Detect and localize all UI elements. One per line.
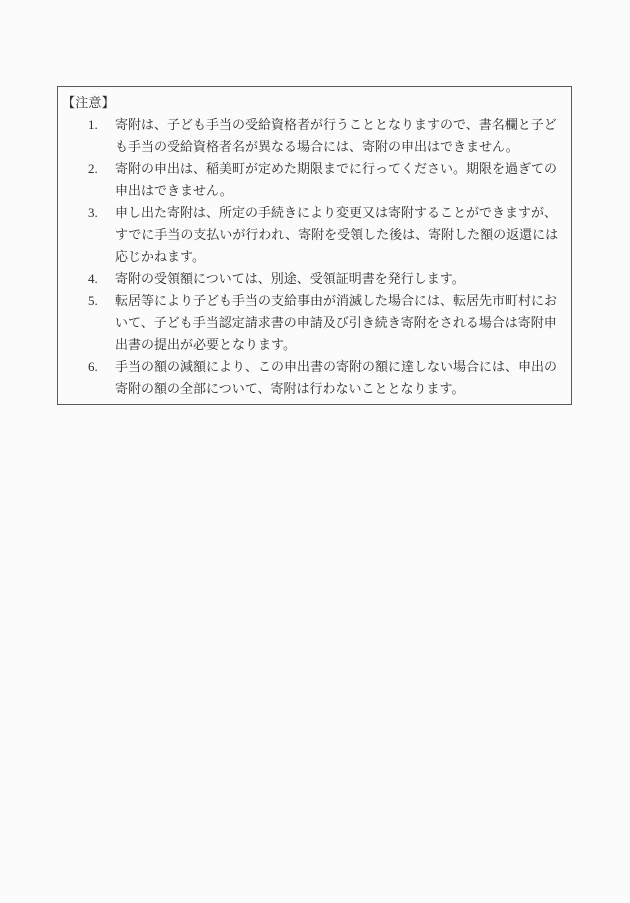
- item-text: 寄附の申出は、稲美町が定めた期限までに行ってください。期限を過ぎての申出はできま…: [115, 158, 571, 202]
- notice-item: 6. 手当の額の減額により、この申出書の寄附の額に達しない場合には、申出の寄附の…: [58, 356, 571, 400]
- notice-item: 1. 寄附は、子ども手当の受給資格者が行うこととなりますので、書名欄と子ども手当…: [58, 114, 571, 158]
- page: 【注意】 1. 寄附は、子ども手当の受給資格者が行うこととなりますので、書名欄と…: [0, 0, 630, 903]
- item-text-line: 転居等により子ども手当の支給事由が消滅した場合には、転居先市町村にお: [115, 290, 571, 312]
- item-text-line: いて、子ども手当認定請求書の申請及び引き続き寄附をされる場合は寄附申: [115, 312, 571, 334]
- item-text-line: 寄附の受領額については、別途、受領証明書を発行します。: [115, 268, 571, 290]
- notice-list: 1. 寄附は、子ども手当の受給資格者が行うこととなりますので、書名欄と子ども手当…: [58, 114, 571, 400]
- item-text-line: も手当の受給資格者名が異なる場合には、寄附の申出はできません。: [115, 136, 571, 158]
- item-text: 寄附の受領額については、別途、受領証明書を発行します。: [115, 268, 571, 290]
- item-text-line: 寄附の額の全部について、寄附は行わないこととなります。: [115, 378, 571, 400]
- notice-item: 4. 寄附の受領額については、別途、受領証明書を発行します。: [58, 268, 571, 290]
- item-text-line: 申し出た寄附は、所定の手続きにより変更又は寄附することができますが、: [115, 202, 571, 224]
- notice-box: 【注意】 1. 寄附は、子ども手当の受給資格者が行うこととなりますので、書名欄と…: [57, 86, 572, 405]
- item-number: 1.: [58, 114, 115, 136]
- item-text: 転居等により子ども手当の支給事由が消滅した場合には、転居先市町村において、子ども…: [115, 290, 571, 356]
- item-number: 5.: [58, 290, 115, 312]
- item-text-line: 寄附は、子ども手当の受給資格者が行うこととなりますので、書名欄と子ど: [115, 114, 571, 136]
- item-text-line: 出書の提出が必要となります。: [115, 334, 571, 356]
- item-number: 3.: [58, 202, 115, 224]
- notice-title: 【注意】: [58, 92, 571, 114]
- item-number: 4.: [58, 268, 115, 290]
- item-number: 2.: [58, 158, 115, 180]
- notice-item: 3. 申し出た寄附は、所定の手続きにより変更又は寄附することができますが、すでに…: [58, 202, 571, 268]
- item-text: 寄附は、子ども手当の受給資格者が行うこととなりますので、書名欄と子ども手当の受給…: [115, 114, 571, 158]
- item-text-line: 寄附の申出は、稲美町が定めた期限までに行ってください。期限を過ぎての: [115, 158, 571, 180]
- item-text: 手当の額の減額により、この申出書の寄附の額に達しない場合には、申出の寄附の額の全…: [115, 356, 571, 400]
- item-text-line: 手当の額の減額により、この申出書の寄附の額に達しない場合には、申出の: [115, 356, 571, 378]
- item-text: 申し出た寄附は、所定の手続きにより変更又は寄附することができますが、すでに手当の…: [115, 202, 571, 268]
- item-text-line: すでに手当の支払いが行われ、寄附を受領した後は、寄附した額の返還には: [115, 224, 571, 246]
- notice-item: 5. 転居等により子ども手当の支給事由が消滅した場合には、転居先市町村において、…: [58, 290, 571, 356]
- item-text-line: 申出はできません。: [115, 180, 571, 202]
- notice-item: 2. 寄附の申出は、稲美町が定めた期限までに行ってください。期限を過ぎての申出は…: [58, 158, 571, 202]
- item-text-line: 応じかねます。: [115, 246, 571, 268]
- item-number: 6.: [58, 356, 115, 378]
